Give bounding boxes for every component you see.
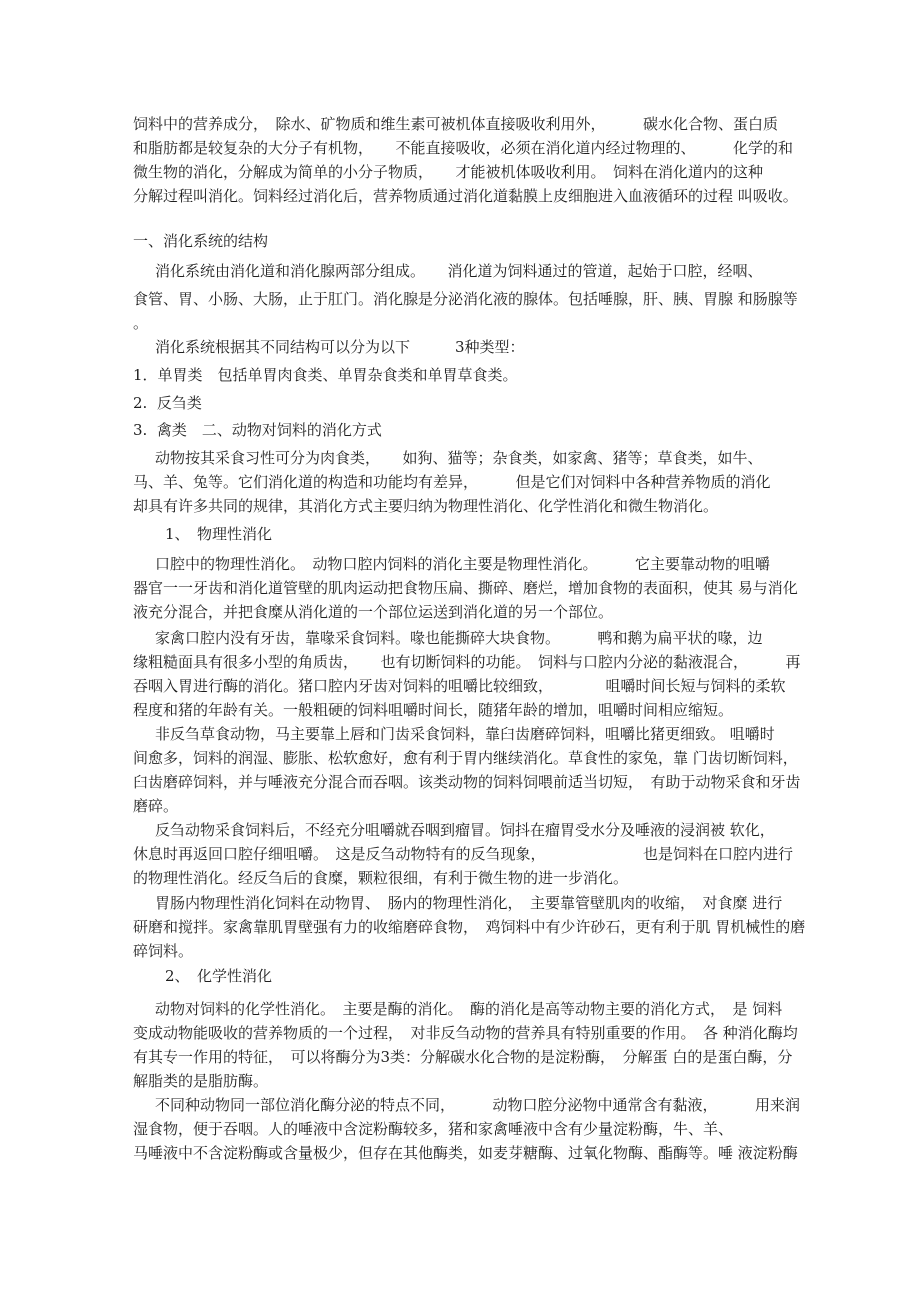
paragraph-line: 胃肠内物理性消化饲料在动物胃、 肠内的物理性消化， 主要靠管壁肌肉的收缩， 对食… [133, 891, 823, 915]
paragraph-line: 马、羊、兔等。它们消化道的构造和功能均有差异， 但是它们对饲料中各种营养物质的消… [133, 470, 823, 494]
intro-line-1: 饲料中的营养成分， 除水、矿物质和维生素可被机体直接吸收利用外， 碳水化合物、蛋… [133, 112, 823, 136]
paragraph-line: 不同种动物同一部位消化酶分泌的特点不同， 动物口腔分泌物中通常含有黏液， 用来润 [133, 1093, 823, 1117]
paragraph-line: 有其专一作用的特征， 可以将酶分为3类：分解碳水化合物的是淀粉酶， 分解蛋 白的… [133, 1045, 823, 1069]
intro-line-3: 微生物的消化，分解成为简单的小分子物质， 才能被机体吸收利用。 饲料在消化道内的… [133, 160, 823, 184]
paragraph-line: 动物对饲料的化学性消化。 主要是酶的消化。 酶的消化是高等动物主要的消化方式， … [133, 997, 823, 1021]
paragraph-line: 器官一一牙齿和消化道管壁的肌肉运动把食物压扁、撕碎、磨烂，增加食物的表面积，使其… [133, 576, 823, 600]
intro-line-2: 和脂肪都是较复杂的大分子有机物， 不能直接吸收，必须在消化道内经过物理的、 化学… [133, 136, 823, 160]
paragraph-line: 程度和猪的年龄有关。一般粗硬的饲料咀嚼时间长，随猪年龄的增加，咀嚼时间相应缩短。 [133, 698, 823, 722]
paragraph-line: 家禽口腔内没有牙齿，靠喙采食饲料。喙也能撕碎大块食物。 鸭和鹅为扁平状的喙，边 [133, 626, 823, 650]
paragraph-line: 解脂类的是脂肪酶。 [133, 1069, 823, 1093]
paragraph-line: 吞咽入胃进行酶的消化。猪口腔内牙齿对饲料的咀嚼比较细致， 咀嚼时间长短与饲料的柔… [133, 674, 823, 698]
physical-digestion-heading: 1、 物理性消化 [133, 522, 823, 546]
chemical-digestion-heading: 2、 化学性消化 [133, 964, 823, 988]
paragraph-line: 变成动物能吸收的营养物质的一个过程， 对非反刍动物的营养具有特别重要的作用。 各… [133, 1021, 823, 1045]
list-item-poultry: 3. 禽类 二、动物对饲料的消化方式 [133, 418, 823, 442]
intro-line-4: 分解过程叫消化。饲料经过消化后，营养物质通过消化道黏膜上皮细胞进入血液循环的过程… [133, 184, 823, 208]
list-item-ruminant: 2. 反刍类 [133, 391, 823, 415]
paragraph-line: 却具有许多共同的规律，其消化方式主要归纳为物理性消化、化学性消化和微生物消化。 [133, 494, 823, 518]
document-page: 饲料中的营养成分， 除水、矿物质和维生素可被机体直接吸收利用外， 碳水化合物、蛋… [0, 0, 920, 1303]
paragraph-line: 非反刍草食动物，马主要靠上唇和门齿采食饲料，靠臼齿磨碎饲料，咀嚼比猪更细致。 咀… [133, 722, 823, 746]
paragraph-line: 间愈多，饲料的润湿、膨胀、松软愈好，愈有利于胃内继续消化。草食性的家兔，靠 门齿… [133, 746, 823, 770]
section1-heading: 一、消化系统的结构 [133, 229, 823, 253]
paragraph-line: 磨碎。 [133, 794, 823, 818]
paragraph-line: 动物按其采食习性可分为肉食类， 如狗、猫等；杂食类，如家禽、猪等；草食类，如牛、 [133, 446, 823, 470]
paragraph-line: 缘粗糙面具有很多小型的角质齿， 也有切断饲料的功能。 饲料与口腔内分泌的黏液混合… [133, 650, 823, 674]
paragraph-line: 碎饲料。 [133, 939, 823, 963]
paragraph-line: 休息时再返回口腔仔细咀嚼。 这是反刍动物特有的反刍现象， 也是饲料在口腔内进行 [133, 842, 823, 866]
paragraph-line: 反刍动物采食饲料后，不经充分咀嚼就吞咽到瘤冒。饲抖在瘤胃受水分及唾液的浸润被 软… [133, 818, 823, 842]
paragraph-line: 臼齿磨碎饲料，并与唾液充分混合而吞咽。该类动物的饲料饲喂前适当切短， 有助于动物… [133, 770, 823, 794]
types-intro-line: 消化系统根据其不同结构可以分为以下 3种类型： [133, 335, 823, 359]
paragraph-line: 食管、胃、小肠、大肠，止于肛门。消化腺是分泌消化液的腺体。包括唾腺，肝、胰、胃腺… [133, 287, 823, 311]
paragraph-line: 的物理性消化。经反刍后的食糜，颗粒很细，有利于微生物的进一步消化。 [133, 866, 823, 890]
document-content: 饲料中的营养成分， 除水、矿物质和维生素可被机体直接吸收利用外， 碳水化合物、蛋… [133, 112, 823, 1165]
paragraph-line: 液充分混合，并把食糜从消化道的一个部位运送到消化道的另一个部位。 [133, 600, 823, 624]
paragraph-line: 口腔中的物理性消化。 动物口腔内饲料的消化主要是物理性消化。 它主要靠动物的咀嚼 [133, 552, 823, 576]
paragraph-line: 消化系统由消化道和消化腺两部分组成。 消化道为饲料通过的管道，起始于口腔，经咽、 [133, 259, 823, 283]
paragraph-line: 湿食物，便于吞咽。人的唾液中含淀粉酶较多，猪和家禽唾液中含有少量淀粉酶，牛、羊、 [133, 1117, 823, 1141]
paragraph-line: 。 [133, 311, 823, 335]
paragraph-line: 马唾液中不含淀粉酶或含量极少，但存在其他酶类，如麦芽糖酶、过氧化物酶、酯酶等。唾… [133, 1141, 823, 1165]
paragraph-line: 研磨和搅拌。家禽靠肌胃壁强有力的收缩磨碎食物， 鸡饲料中有少许砂石，更有利于肌 … [133, 915, 823, 939]
list-item-monogastric: 1．单胃类 包括单胃肉食类、单胃杂食类和单胃草食类。 [133, 363, 823, 387]
